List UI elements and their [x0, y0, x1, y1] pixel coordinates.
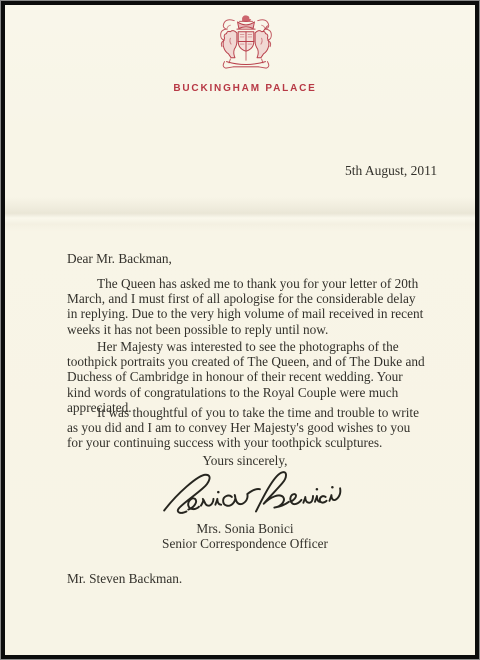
recipient-name: Mr. Steven Backman. — [67, 571, 182, 587]
body-paragraph-1: The Queen has asked me to thank you for … — [67, 276, 425, 337]
signer-name: Mrs. Sonia Bonici — [15, 521, 475, 537]
body-paragraph-2: Her Majesty was interested to see the ph… — [67, 339, 425, 415]
body-paragraph-3: It was thoughtful of you to take the tim… — [67, 405, 425, 451]
scanned-letter: BUCKINGHAM PALACE 5th August, 2011 Dear … — [0, 0, 480, 660]
salutation: Dear Mr. Backman, — [67, 251, 172, 267]
letterhead-title: BUCKINGHAM PALACE — [15, 83, 475, 94]
letter-date: 5th August, 2011 — [345, 163, 437, 179]
royal-coat-of-arms-icon — [207, 12, 285, 80]
signer-title: Senior Correspondence Officer — [15, 536, 475, 552]
handwritten-signature — [157, 467, 355, 525]
letter-paper: BUCKINGHAM PALACE 5th August, 2011 Dear … — [5, 5, 475, 655]
paper-fold-crease — [5, 197, 475, 231]
